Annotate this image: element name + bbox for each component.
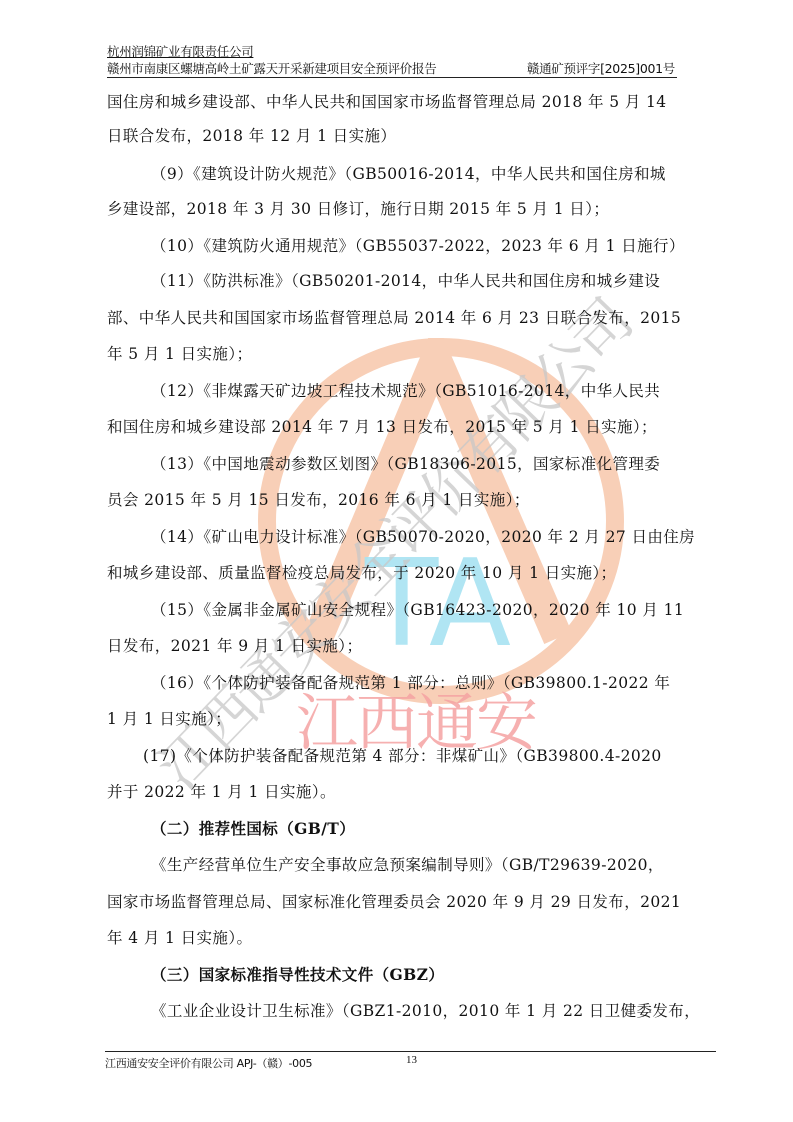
page-number: 13: [406, 1054, 417, 1066]
body-line: 国住房和城乡建设部、中华人民共和国国家市场监督管理总局 2018 年 5 月 1…: [107, 92, 667, 112]
list-item-14: （14）《矿山电力设计标准》（GB50070-2020，2020 年 2 月 2…: [151, 527, 695, 547]
header-bar: 赣州市南康区螺塘高岭土矿露天开采新建项目安全预评价报告 赣通矿预评字[2025]…: [107, 60, 677, 78]
section-heading-gbt: （二）推荐性国标（GB/T）: [151, 819, 355, 839]
body-line: 《工业企业设计卫生标准》（GBZ1-2010，2010 年 1 月 22 日卫健…: [151, 1001, 700, 1021]
body-line: 年 4 月 1 日实施）。: [107, 928, 252, 948]
footer-org: 江西通安安全评价有限公司 APJ-（赣）-005: [105, 1055, 312, 1071]
header-report-title: 赣州市南康区螺塘高岭土矿露天开采新建项目安全预评价报告: [107, 61, 436, 76]
body-line: 和国住房和城乡建设部 2014 年 7 月 13 日发布，2015 年 5 月 …: [107, 417, 657, 437]
body-line: 部、中华人民共和国国家市场监督管理总局 2014 年 6 月 23 日联合发布，…: [107, 308, 681, 328]
body-line: 乡建设部，2018 年 3 月 30 日修订，施行日期 2015 年 5 月 1…: [107, 199, 609, 219]
list-item-13: （13）《中国地震动参数区划图》（GB18306-2015，国家标准化管理委: [151, 454, 660, 474]
list-item-15: （15）《金属非金属矿山安全规程》（GB16423-2020，2020 年 10…: [151, 600, 684, 620]
document-page: TA 江西通安安全评价有限公司 江西通安 杭州润锦矿业有限责任公司 赣州市南康区…: [0, 0, 793, 1122]
header-report-code: 赣通矿预评字[2025]001号: [527, 61, 675, 76]
list-item-9: （9）《建筑设计防火规范》（GB50016-2014，中华人民共和国住房和城: [151, 164, 666, 184]
footer-divider: [105, 1051, 716, 1052]
body-line: 1 月 1 日实施）；: [107, 709, 231, 729]
body-line: 和城乡建设部、质量监督检疫总局发布，于 2020 年 10 月 1 日实施）；: [107, 563, 616, 583]
body-line: 日联合发布，2018 年 12 月 1 日实施）: [107, 126, 396, 146]
header-company: 杭州润锦矿业有限责任公司: [107, 44, 253, 59]
list-item-12: （12）《非煤露天矿边坡工程技术规范》（GB51016-2014，中华人民共: [151, 381, 660, 401]
body-line: 员会 2015 年 5 月 15 日发布，2016 年 6 月 1 日实施）；: [107, 490, 530, 510]
list-item-11: （11）《防洪标准》（GB50201-2014，中华人民共和国住房和城乡建设: [151, 271, 660, 291]
body-line: 《生产经营单位生产安全事故应急预案编制导则》（GB/T29639-2020，: [151, 855, 664, 875]
body-line: 日发布，2021 年 9 月 1 日实施）；: [107, 636, 362, 656]
body-line: 年 5 月 1 日实施）；: [107, 344, 252, 364]
section-heading-gbz: （三）国家标准指导性技术文件（GBZ）: [151, 965, 444, 985]
body-line: 国家市场监督管理总局、国家标准化管理委员会 2020 年 9 月 29 日发布，…: [107, 892, 681, 912]
list-item-10: （10）《建筑防火通用规范》（GB55037-2022，2023 年 6 月 1…: [151, 236, 685, 256]
list-item-17: (17)《个体防护装备配备规范第 4 部分：非煤矿山》（GB39800.4-20…: [143, 746, 662, 766]
list-item-16: （16）《个体防护装备配备规范第 1 部分：总则》（GB39800.1-2022…: [151, 673, 670, 693]
body-line: 并于 2022 年 1 月 1 日实施）。: [107, 782, 336, 802]
